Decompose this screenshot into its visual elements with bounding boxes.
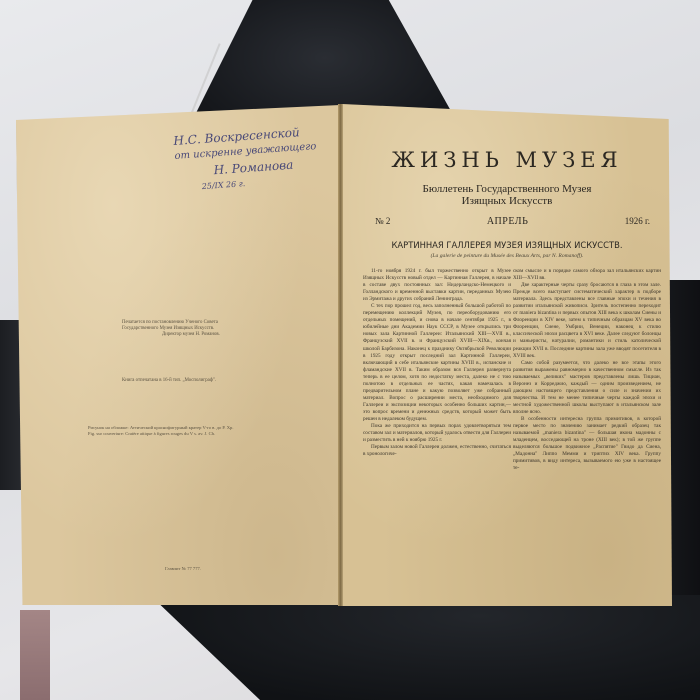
issue-info-row: № 2 АПРЕЛЬ 1926 г. xyxy=(375,216,650,227)
cover-credit-fr: Fig. sur couverture: Cratère attique à f… xyxy=(88,431,308,437)
article-title: КАРТИННАЯ ГАЛЛЕРЕЯ МУЗЕЯ ИЗЯЩНЫХ ИСКУССТ… xyxy=(342,240,672,250)
cover-illustration-credit: Рисунок на обложке: Аттический краснофиг… xyxy=(88,425,308,437)
paragraph: В особенности интересна группа примитиво… xyxy=(513,416,661,472)
masthead-subtitle: Бюллетень Государственного Музея Изящных… xyxy=(342,183,672,207)
article-subtitle: (La galerie de peinture du Musée des Bea… xyxy=(342,253,672,259)
paragraph: Две характерные черты сразу бросаются в … xyxy=(513,282,661,360)
issue-year: 1926 г. xyxy=(625,216,650,226)
background-pink-object xyxy=(20,610,50,700)
issue-number: № 2 xyxy=(375,216,390,226)
paragraph: Пока же приходится на первых порах удовл… xyxy=(363,423,511,444)
issue-month: АПРЕЛЬ xyxy=(487,216,529,227)
paragraph: Само собой разумеется, что далеко не все… xyxy=(513,360,661,416)
subtitle-line: Изящных Искусств xyxy=(342,195,672,207)
subtitle-line: Бюллетень Государственного Музея xyxy=(342,183,672,195)
print-note: Книга отпечатана в 16-й тип. „Мосполигра… xyxy=(122,378,216,383)
photo-scene: Н.С. Воскресенской от искренне уважающег… xyxy=(0,0,700,700)
leather-case-bottom xyxy=(150,595,700,700)
masthead-title: ЖИЗНЬ МУЗЕЯ xyxy=(342,148,672,172)
publication-imprint: Печатается по постановлению Ученого Сове… xyxy=(122,320,282,338)
paragraph: Первым залом новой Галлереи должен, есте… xyxy=(363,444,511,458)
handwritten-inscription: Н.С. Воскресенской от искренне уважающег… xyxy=(173,121,347,197)
imprint-director: Директор музея Н. Романов. xyxy=(122,332,282,338)
article-column-1: 11-го ноября 1924 г. был торжественно от… xyxy=(363,268,511,458)
paragraph: 11-го ноября 1924 г. был торжественно от… xyxy=(363,268,511,303)
glavlit-number: Главлит № 77 777. xyxy=(165,566,201,571)
paragraph: ском смысле и в порядке самого обзора за… xyxy=(513,268,661,282)
article-column-2: ском смысле и в порядке самого обзора за… xyxy=(513,268,661,472)
paragraph: С тех пор прошел год, весь заполненный б… xyxy=(363,303,511,423)
